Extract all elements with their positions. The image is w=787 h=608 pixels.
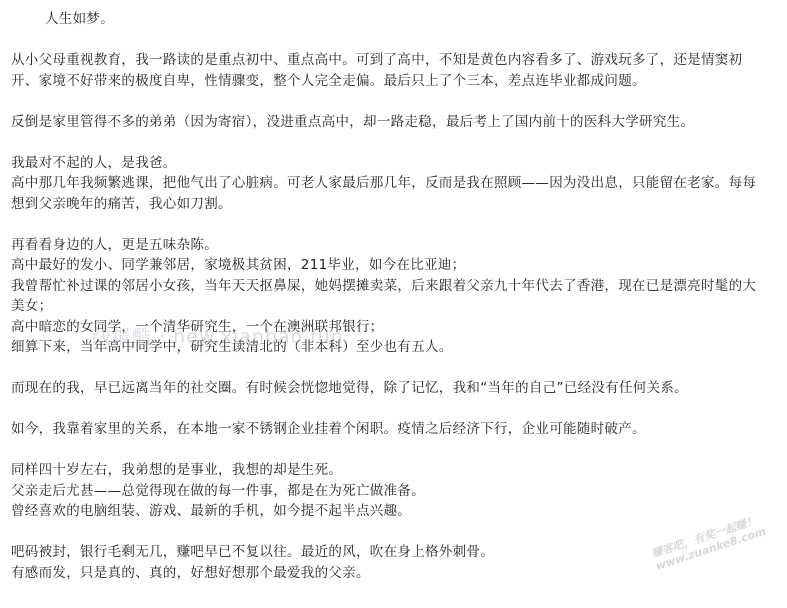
text-line: 高中那几年我频繁逃课，把他气出了心脏病。可老人家最后那几年，反而是我在照顾——因… bbox=[11, 173, 781, 194]
article-title-paragraph: 人生如梦。 bbox=[11, 9, 781, 30]
paragraph-6: 如今，我靠着家里的关系，在本地一家不锈钢企业挂着个闲职。疫情之后经济下行，企业可… bbox=[11, 419, 781, 440]
text-line: 高中暗恋的女同学，一个清华研究生，一个在澳洲联邦银行； bbox=[11, 317, 781, 338]
article-title: 人生如梦。 bbox=[11, 9, 781, 30]
paragraph-2: 反倒是家里管得不多的弟弟（因为寄宿），没进重点高中，却一路走稳，最后考上了国内前… bbox=[11, 112, 781, 133]
text-line: 从小父母重视教育，我一路读的是重点初中、重点高中。可到了高中，不知是黄色内容看多… bbox=[11, 50, 781, 71]
text-line: 而现在的我，早已远离当年的社交圈。有时候会恍惚地觉得，除了记忆，我和“当年的自己… bbox=[11, 378, 781, 399]
text-line: 曾经喜欢的电脑组装、游戏、最新的手机，如今提不起半点兴趣。 bbox=[11, 501, 781, 522]
text-line: 细算下来，当年高中同学中，研究生读清北的（非本科）至少也有五人。 bbox=[11, 337, 781, 358]
text-line: 想到父亲晚年的痛苦，我心如刀割。 bbox=[11, 194, 781, 215]
text-line: 有感而发，只是真的、真的，好想好想那个最爱我的父亲。 bbox=[11, 563, 781, 584]
paragraph-5: 而现在的我，早已远离当年的社交圈。有时候会恍惚地觉得，除了记忆，我和“当年的自己… bbox=[11, 378, 781, 399]
paragraph-7: 同样四十岁左右，我弟想的是事业，我想的却是生死。 父亲走后尤甚——总觉得现在做的… bbox=[11, 460, 781, 522]
text-line: 我曾帮忙补过课的邻居小女孩，当年天天抠鼻屎，她妈摆摊卖菜，后来跟着父亲九十年代去… bbox=[11, 276, 781, 297]
text-line: 吧码被封，银行毛剩无几，赚吧早已不复以往。最近的风，吹在身上格外刺骨。 bbox=[11, 542, 781, 563]
text-line: 开、家境不好带来的极度自卑，性情骤变，整个人完全走偏。最后只上了个三本，差点连毕… bbox=[11, 71, 781, 92]
text-line: 同样四十岁左右，我弟想的是事业，我想的却是生死。 bbox=[11, 460, 781, 481]
paragraph-3: 我最对不起的人，是我爸。 高中那几年我频繁逃课，把他气出了心脏病。可老人家最后那… bbox=[11, 153, 781, 215]
text-line: 父亲走后尤甚——总觉得现在做的每一件事，都是在为死亡做准备。 bbox=[11, 481, 781, 502]
article-body: 人生如梦。 从小父母重视教育，我一路读的是重点初中、重点高中。可到了高中，不知是… bbox=[11, 9, 781, 604]
text-line: 反倒是家里管得不多的弟弟（因为寄宿），没进重点高中，却一路走稳，最后考上了国内前… bbox=[11, 112, 781, 133]
text-line: 美女； bbox=[11, 296, 781, 317]
text-line: 再看看身边的人，更是五味杂陈。 bbox=[11, 235, 781, 256]
text-line: 我最对不起的人，是我爸。 bbox=[11, 153, 781, 174]
paragraph-1: 从小父母重视教育，我一路读的是重点初中、重点高中。可到了高中，不知是黄色内容看多… bbox=[11, 50, 781, 91]
paragraph-4: 再看看身边的人，更是五味杂陈。 高中最好的发小、同学兼邻居，家境极其贫困，211… bbox=[11, 235, 781, 358]
paragraph-8: 吧码被封，银行毛剩无几，赚吧早已不复以往。最近的风，吹在身上格外刺骨。 有感而发… bbox=[11, 542, 781, 583]
text-line: 如今，我靠着家里的关系，在本地一家不锈钢企业挂着个闲职。疫情之后经济下行，企业可… bbox=[11, 419, 781, 440]
text-line: 高中最好的发小、同学兼邻居，家境极其贫困，211毕业，如今在比亚迪； bbox=[11, 255, 781, 276]
